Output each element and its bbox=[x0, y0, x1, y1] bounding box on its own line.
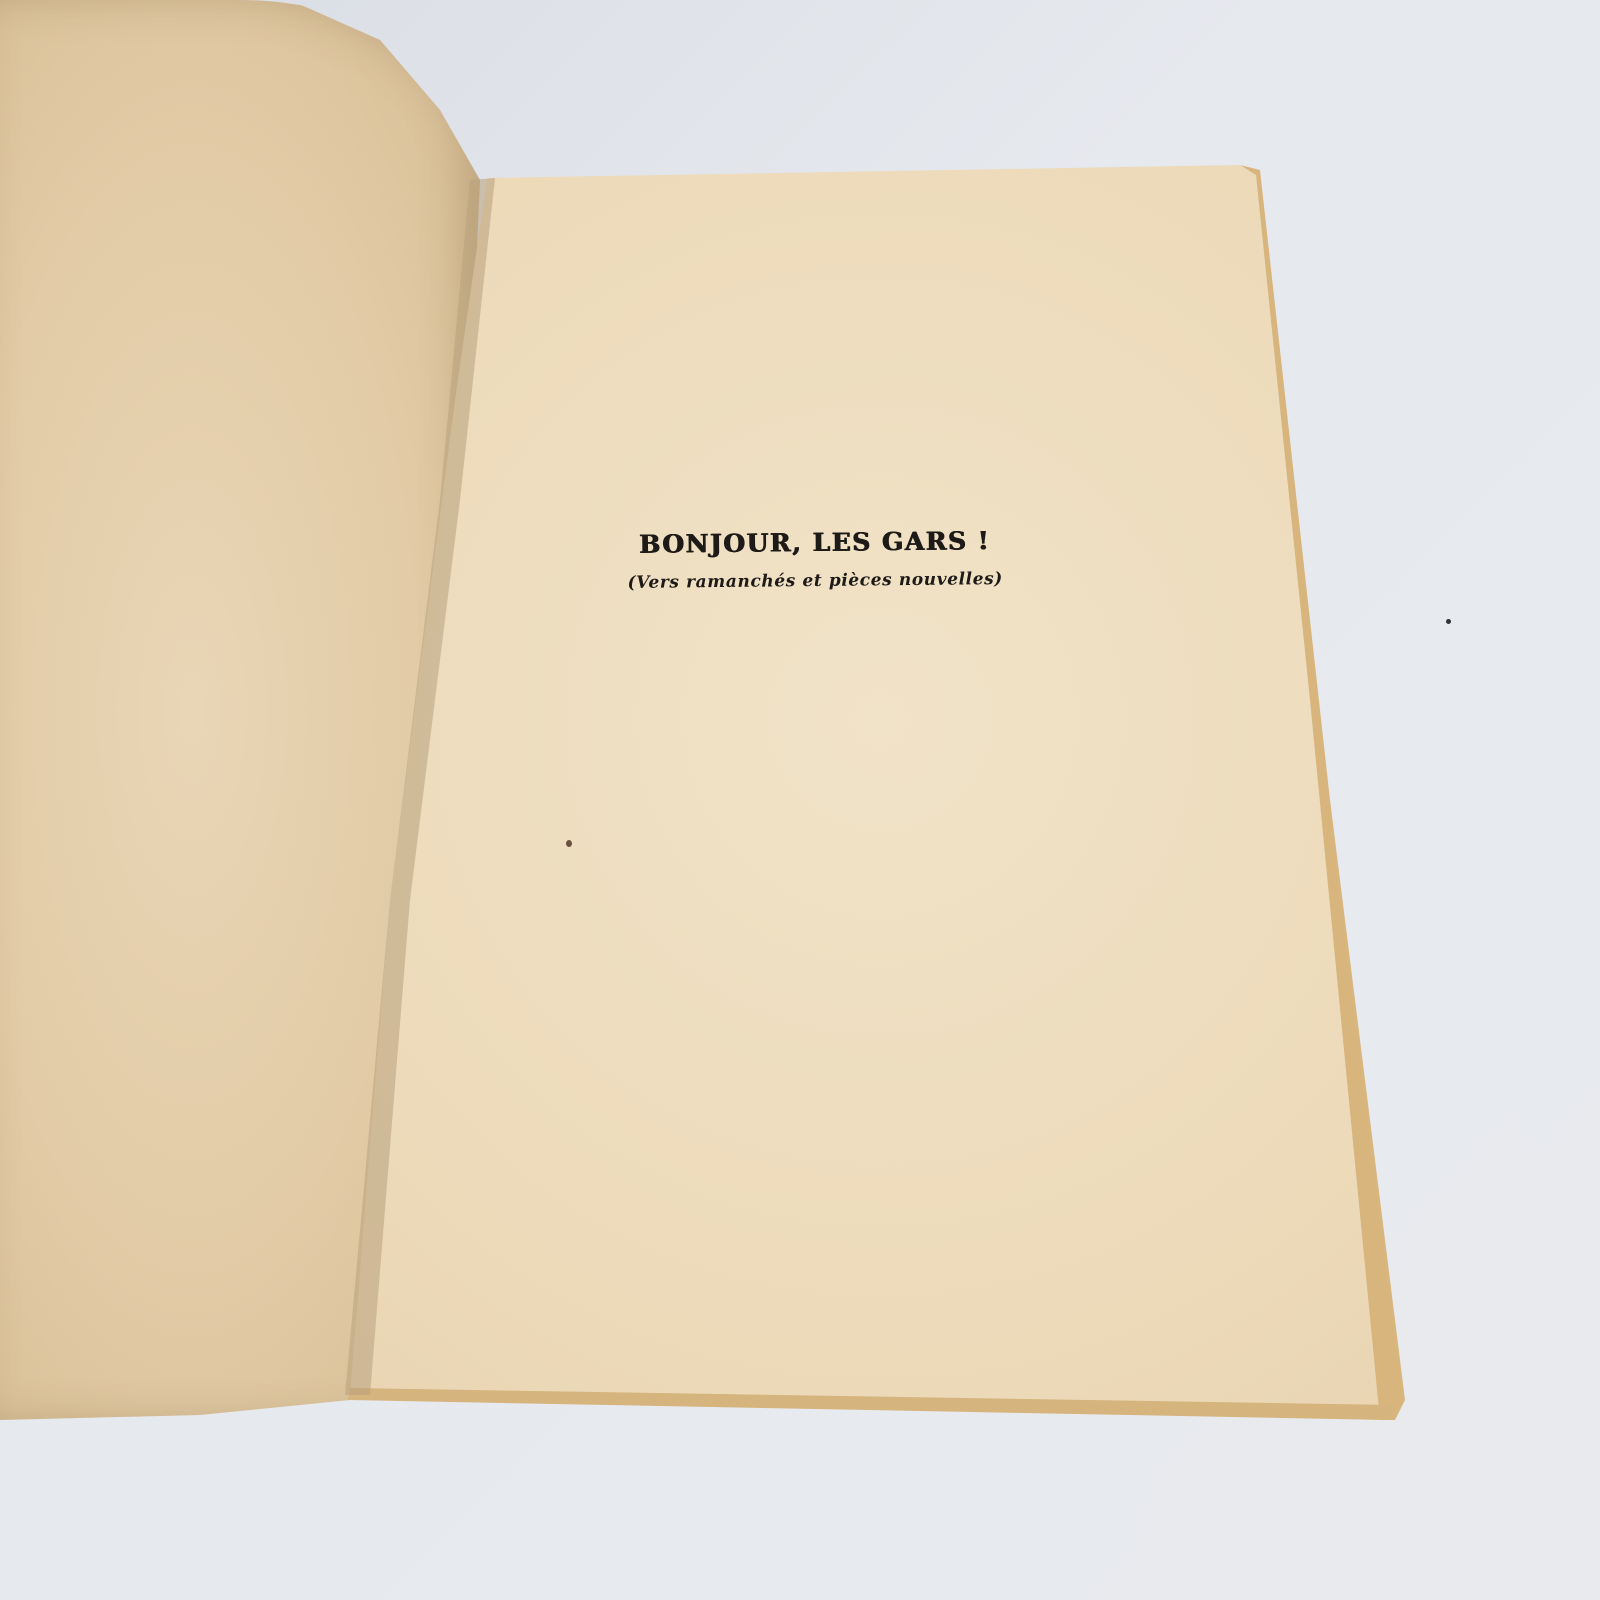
paper-speck bbox=[1446, 619, 1451, 624]
half-title-block: BONJOUR, LES GARS ! (Vers ramanchés et p… bbox=[600, 526, 1031, 593]
paper-speck bbox=[566, 840, 572, 847]
photo-scene: BONJOUR, LES GARS ! (Vers ramanchés et p… bbox=[0, 0, 1600, 1600]
book-title: BONJOUR, LES GARS ! bbox=[600, 526, 1030, 560]
